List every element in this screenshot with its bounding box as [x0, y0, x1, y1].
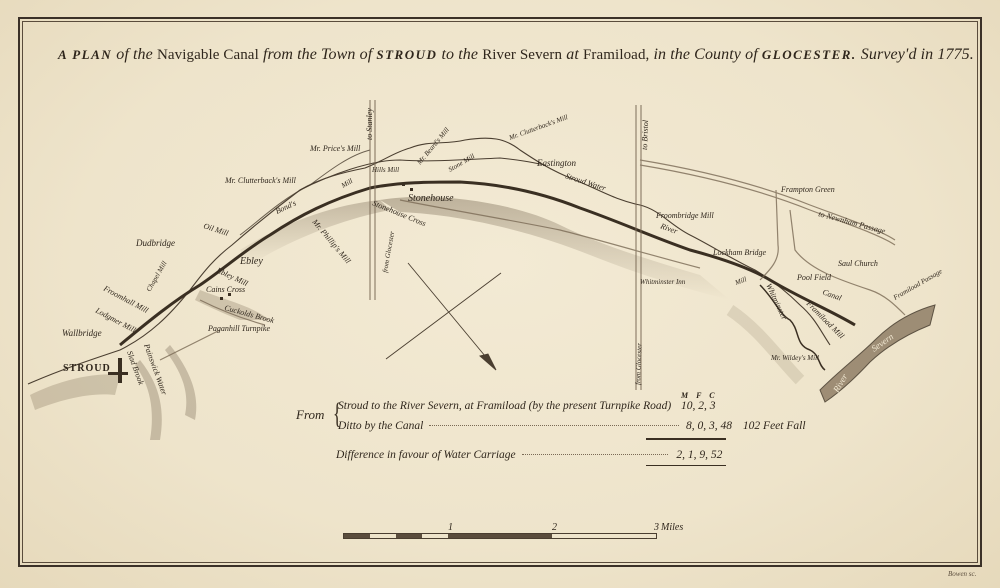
- label-mr-prices-mill: Mr. Price's Mill: [309, 144, 361, 153]
- row-note: 102 Feet Fall: [743, 420, 806, 432]
- label-to-newnham-passage: to Newnham Passage: [817, 209, 886, 236]
- label-mr-clutterbacks-mill-1: Mr. Clutterback's Mill: [224, 176, 297, 185]
- label-chapel-mill: Chapel Mill: [145, 260, 169, 293]
- label-mr-wildeys-mill: Mr. Wildey's Mill: [770, 354, 819, 362]
- label-canal: Canal: [821, 287, 843, 302]
- canal-map: STROUD Wallbridge Lodgmer Mill Froomhall…: [0, 0, 1000, 588]
- row-label: Stroud to the River Severn, at Framiload…: [338, 400, 671, 412]
- row-label: Difference in favour of Water Carriage: [336, 449, 516, 461]
- label-to-stanley: to Stanley: [365, 108, 374, 140]
- distance-table: From { M F C Stroud to the River Severn,…: [296, 398, 796, 468]
- table-header-mfc: M F C: [681, 391, 718, 400]
- label-stonehouse: Stonehouse: [408, 193, 454, 204]
- label-cains-cross: Cains Cross: [206, 285, 245, 294]
- dot-leader: [429, 425, 679, 426]
- label-oil-mill: Oil Mill: [202, 221, 230, 238]
- label-froombridge-mill: Froombridge Mill: [655, 211, 714, 220]
- sum-rule: [646, 465, 726, 466]
- scale-unit: Miles: [661, 522, 683, 533]
- label-frampton-green: Frampton Green: [780, 185, 835, 194]
- sum-rule: [646, 438, 726, 440]
- table-row-difference: Difference in favour of Water Carriage 2…: [336, 449, 722, 461]
- label-framiload-passage: Framiload Passage: [891, 267, 944, 302]
- label-framiload-mill: Framiload Mill: [804, 298, 847, 341]
- scale-tick-3: 3: [654, 522, 659, 533]
- scale-bar: [343, 533, 657, 539]
- scale-tick-2: 2: [552, 522, 557, 533]
- label-hills-mill: Hills Mill: [371, 166, 399, 174]
- table-row: Stroud to the River Severn, at Framiload…: [338, 400, 671, 412]
- label-saul-church: Saul Church: [838, 259, 878, 268]
- row-value: 2, 1, 9, 52: [676, 449, 722, 461]
- row-label: Ditto by the Canal: [338, 420, 423, 432]
- label-whitminster-inn: Whitminster Inn: [640, 278, 686, 286]
- label-ebley: Ebley: [239, 256, 263, 267]
- table-row: Ditto by the Canal 8, 0, 3, 48 102 Feet …: [338, 420, 806, 432]
- label-wallbridge: Wallbridge: [62, 328, 102, 338]
- label-from-glocester-1: from Glocester: [381, 230, 396, 273]
- label-stroud-water: Stroud Water: [564, 171, 607, 193]
- label-from-glocester-2: from Glocester: [634, 343, 643, 385]
- label-pool-field: Pool Field: [796, 273, 832, 282]
- label-stroud: STROUD: [63, 363, 111, 374]
- label-paganhill-turnpike: Paganhill Turnpike: [207, 324, 270, 333]
- compass-needle-icon: [386, 263, 501, 370]
- label-eastington: Eastington: [536, 158, 577, 168]
- dot-leader: [522, 454, 668, 455]
- label-mill-2: Mill: [733, 275, 748, 287]
- row-value: 8, 0, 3, 48: [686, 420, 732, 432]
- label-to-bristol: to Bristol: [640, 119, 650, 150]
- label-mr-clutterbacks-mill-2: Mr. Clutterback's Mill: [507, 113, 569, 142]
- table-from-label: From: [296, 407, 324, 423]
- row-value: 10, 2, 3: [681, 400, 716, 412]
- label-stone-mill: Stone Mill: [447, 152, 476, 173]
- label-lockham-bridge: Lockham Bridge: [712, 248, 767, 257]
- label-mill: Mill: [339, 177, 354, 190]
- label-river: River: [658, 221, 679, 236]
- scale-tick-1: 1: [448, 522, 453, 533]
- engraver-signature: Bowen sc.: [948, 570, 976, 578]
- label-dudbridge: Dudbridge: [135, 238, 175, 248]
